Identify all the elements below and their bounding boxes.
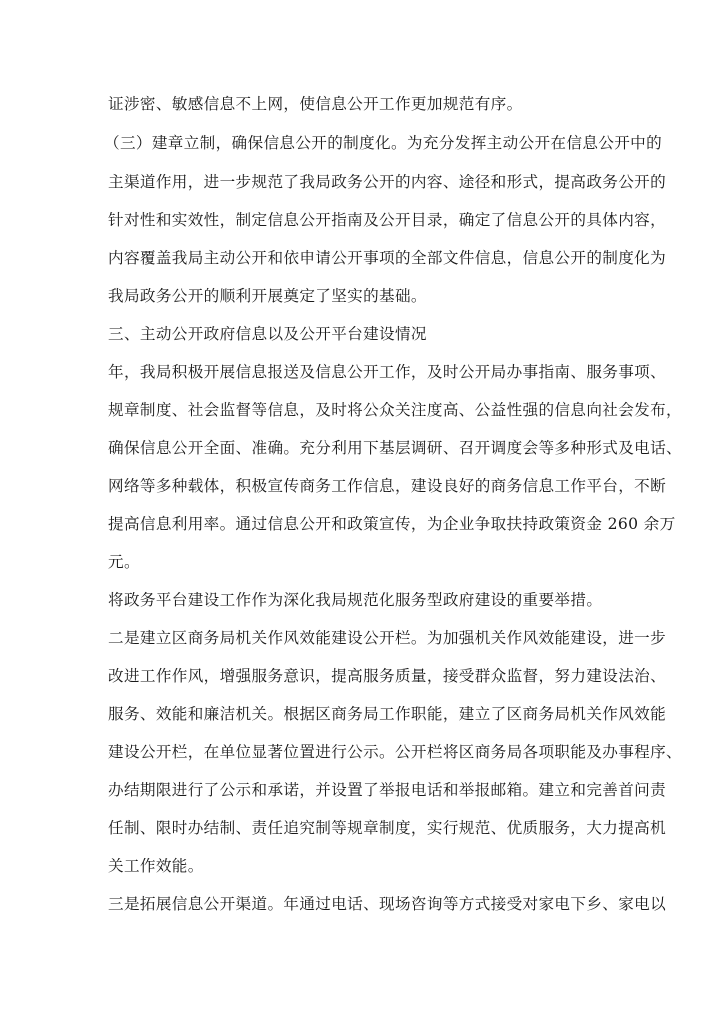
paragraph-line: 主渠道作用，进一步规范了我局政务公开的内容、途径和形式，提高政务公开的 [108,170,614,194]
paragraph-line: 年，我局积极开展信息报送及信息公开工作，及时公开局办事指南、服务事项、 [108,360,614,384]
paragraph-line: 内容覆盖我局主动公开和依申请公开事项的全部文件信息，信息公开的制度化为 [108,246,614,270]
paragraph-line: 提高信息利用率。通过信息公开和政策宣传，为企业争取扶持政策资金 260 余万 [108,512,614,536]
paragraph-line: 三是拓展信息公开渠道。年通过电话、现场咨询等方式接受对家电下乡、家电以 [108,892,614,916]
paragraph-line: 针对性和实效性，制定信息公开指南及公开目录，确定了信息公开的具体内容， [108,208,614,232]
paragraph-line: 证涉密、敏感信息不上网，使信息公开工作更加规范有序。 [108,92,614,116]
paragraph-line: 规章制度、社会监督等信息，及时将公众关注度高、公益性强的信息向社会发布， [108,398,614,422]
paragraph-line: 网络等多种载体，积极宣传商务工作信息，建设良好的商务信息工作平台，不断 [108,474,614,498]
document-page: 证涉密、敏感信息不上网，使信息公开工作更加规范有序。 （三）建章立制，确保信息公… [0,0,721,1020]
paragraph-line: 元。 [108,550,614,574]
paragraph-line: 改进工作作风，增强服务意识，提高服务质量，接受群众监督，努力建设法治、 [108,664,614,688]
paragraph-line: 服务、效能和廉洁机关。根据区商务局工作职能，建立了区商务局机关作风效能 [108,702,614,726]
paragraph-line: 我局政务公开的顺利开展奠定了坚实的基础。 [108,284,614,308]
paragraph-line: 任制、限时办结制、责任追究制等规章制度，实行规范、优质服务，大力提高机 [108,816,614,840]
section-heading-line: （三）建章立制，确保信息公开的制度化。为充分发挥主动公开在信息公开中的 [104,131,614,155]
section-heading: 三、主动公开政府信息以及公开平台建设情况 [108,322,614,346]
paragraph-line: 将政务平台建设工作作为深化我局规范化服务型政府建设的重要举措。 [108,588,614,612]
paragraph-line: 关工作效能。 [108,854,614,878]
paragraph-line: 办结期限进行了公示和承诺，并设置了举报电话和举报邮箱。建立和完善首问责 [108,778,614,802]
paragraph-line: 二是建立区商务局机关作风效能建设公开栏。为加强机关作风效能建设，进一步 [108,626,614,650]
paragraph-line: 建设公开栏，在单位显著位置进行公示。公开栏将区商务局各项职能及办事程序、 [108,740,614,764]
paragraph-line: 确保信息公开全面、准确。充分利用下基层调研、召开调度会等多种形式及电话、 [108,436,614,460]
